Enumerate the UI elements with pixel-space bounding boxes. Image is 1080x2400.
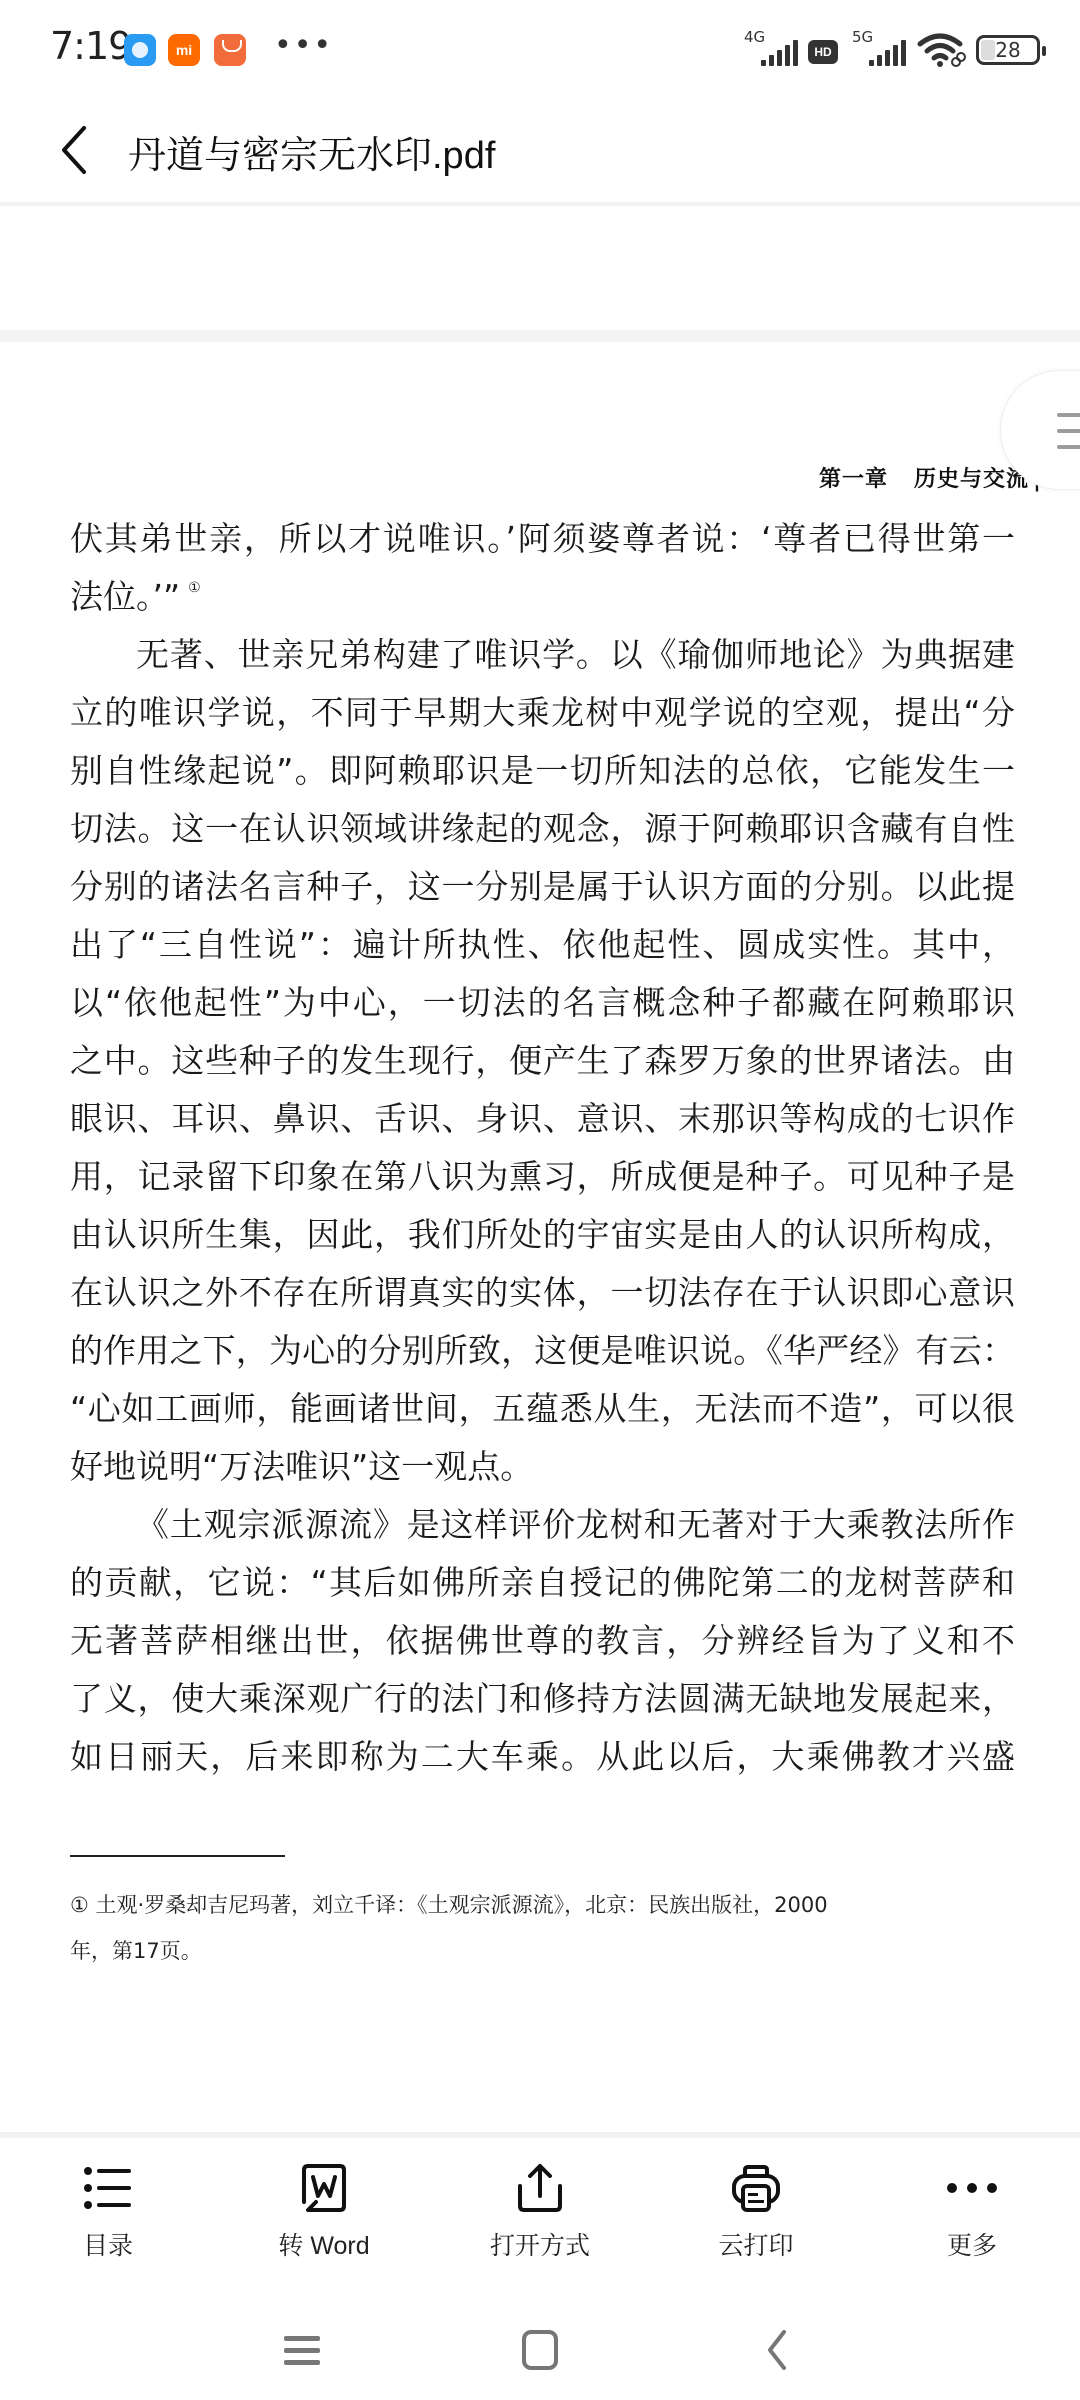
- more-icon: [944, 2160, 1000, 2216]
- text-line: 以“依他起性”为中心，一切法的名言概念种子都藏在阿赖耶识: [70, 974, 1015, 1032]
- text-line: 立的唯识学说，不同于早期大乘龙树中观学说的空观，提出“分: [70, 684, 1015, 742]
- share-icon: [512, 2160, 568, 2216]
- footnote: ① 土观·罗桑却吉尼玛著，刘立千译：《土观宗派源流》，北京：民族出版社，2000…: [70, 1882, 1015, 1974]
- text-line: 眼识、耳识、鼻识、舌识、身识、意识、末那识等构成的七识作: [70, 1090, 1015, 1148]
- footnote-line: 年，第17页。: [70, 1928, 1015, 1974]
- body-text: 伏其弟世亲，所以才说唯识。’阿须婆尊者说：‘尊者已得世第一 法位。’”① 无著、…: [70, 510, 1015, 1786]
- text-line: 如日丽天，后来即称为二大车乘。从此以后，大乘佛教才兴盛: [70, 1728, 1015, 1786]
- text-line: 了义，使大乘深观广行的法门和修持方法圆满无缺地发展起来，: [70, 1670, 1015, 1728]
- text-line: 的贡献，它说：“其后如佛所亲自授记的佛陀第二的龙树菩萨和: [70, 1554, 1015, 1612]
- home-icon[interactable]: [520, 2330, 560, 2370]
- status-bar: 7:19 mi ••• 4G HD 5G 28: [0, 0, 1080, 100]
- header-divider: [0, 202, 1080, 206]
- cellular-5g-icon: 5G: [848, 30, 906, 70]
- word-convert-icon: [296, 2160, 352, 2216]
- convert-word-label: 转 Word: [278, 2226, 369, 2262]
- open-with-button[interactable]: 打开方式: [432, 2138, 648, 2268]
- printer-icon: [728, 2160, 784, 2216]
- menu-lines-icon: [1057, 413, 1080, 417]
- footnote-rule: [70, 1855, 285, 1857]
- text-line: 法位。’”①: [70, 568, 1015, 626]
- open-with-label: 打开方式: [490, 2226, 590, 2262]
- text-line: 用，记录留下印象在第八识为熏习，所成便是种子。可见种子是: [70, 1148, 1015, 1206]
- pdf-page[interactable]: 第一章 历史与交流| 伏其弟世亲，所以才说唯识。’阿须婆尊者说：‘尊者已得世第一…: [0, 342, 1080, 2132]
- more-label: 更多: [947, 2226, 997, 2262]
- more-notifications-icon: •••: [274, 28, 333, 63]
- mi-store-app-icon: [214, 34, 246, 66]
- text-line: 伏其弟世亲，所以才说唯识。’阿须婆尊者说：‘尊者已得世第一: [70, 510, 1015, 568]
- mi-app-icon: mi: [168, 34, 200, 66]
- bottom-toolbar: 目录 转 Word 打开方式 云打印 更多: [0, 2138, 1080, 2268]
- text-line: 《土观宗派源流》是这样评价龙树和无著对于大乘教法所作: [70, 1496, 1015, 1554]
- recents-icon[interactable]: [282, 2330, 322, 2370]
- document-title: 丹道与密宗无水印.pdf: [128, 124, 495, 179]
- toc-label: 目录: [83, 2226, 133, 2262]
- text-line: 分别的诸法名言种子，这一分别是属于认识方面的分别。以此提: [70, 858, 1015, 916]
- text-line: 出了“三自性说”：遍计所执性、依他起性、圆成实性。其中，: [70, 916, 1015, 974]
- cellular-4g-icon: 4G: [740, 30, 798, 70]
- text-line: 好地说明“万法唯识”这一观点。: [70, 1438, 1015, 1496]
- text-line: 切法。这一在认识领域讲缘起的观念，源于阿赖耶识含藏有自性: [70, 800, 1015, 858]
- cloud-print-label: 云打印: [718, 2226, 793, 2262]
- text-line: 的作用之下，为心的分别所致，这便是唯识说。《华严经》有云：: [70, 1322, 1015, 1380]
- browser-app-icon: [124, 34, 156, 66]
- more-button[interactable]: 更多: [864, 2138, 1080, 2268]
- battery-icon: 28: [976, 35, 1040, 65]
- chevron-left-icon[interactable]: [50, 122, 100, 178]
- convert-word-button[interactable]: 转 Word: [216, 2138, 432, 2268]
- text-line: 之中。这些种子的发生现行，便产生了森罗万象的世界诸法。由: [70, 1032, 1015, 1090]
- running-head: 第一章 历史与交流|: [819, 462, 1042, 493]
- hd-voice-icon: HD: [808, 40, 838, 64]
- toc-button[interactable]: 目录: [0, 2138, 216, 2268]
- text-line: 无著菩萨相继出世，依据佛世尊的教言，分辨经旨为了义和不: [70, 1612, 1015, 1670]
- text-line: “心如工画师，能画诸世间，五蕴悉从生，无法而不造”，可以很: [70, 1380, 1015, 1438]
- cloud-print-button[interactable]: 云打印: [648, 2138, 864, 2268]
- text-line: 无著、世亲兄弟构建了唯识学。以《瑜伽师地论》为典据建: [70, 626, 1015, 684]
- text-line: 由认识所生集，因此，我们所处的宇宙实是由人的认识所构成，: [70, 1206, 1015, 1264]
- list-icon: [80, 2160, 136, 2216]
- system-nav-bar: [0, 2290, 1080, 2400]
- app-header: 丹道与密宗无水印.pdf: [0, 100, 1080, 200]
- footnote-marker[interactable]: ①: [188, 580, 201, 596]
- back-icon[interactable]: [758, 2330, 798, 2370]
- wifi-icon: [916, 30, 966, 70]
- text-line: 在认识之外不存在所谓真实的实体，一切法存在于认识即心意识: [70, 1264, 1015, 1322]
- footnote-line: ① 土观·罗桑却吉尼玛著，刘立千译：《土观宗派源流》，北京：民族出版社，2000: [70, 1882, 1015, 1928]
- page-separator: [0, 330, 1080, 342]
- clock: 7:19: [50, 24, 131, 68]
- text-line: 别自性缘起说”。即阿赖耶识是一切所知法的总依，它能发生一: [70, 742, 1015, 800]
